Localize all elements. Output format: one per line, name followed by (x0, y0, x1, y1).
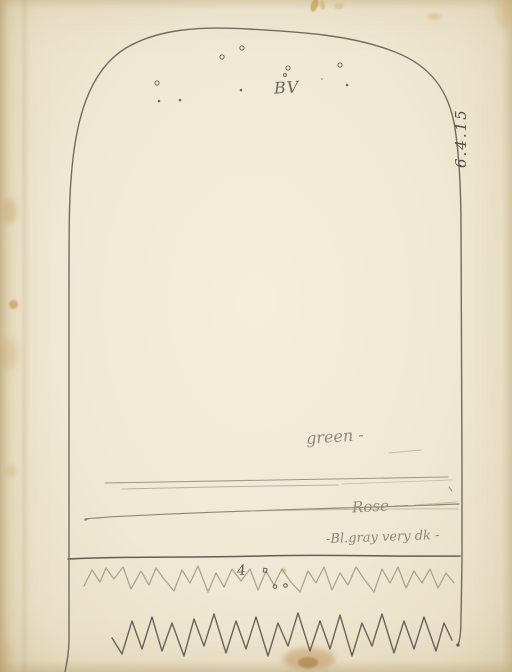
pencil-drawing (0, 0, 512, 672)
zigzag-row-1 (84, 566, 454, 592)
sketchbook-page-scan: BV 6.4.15 green - Rose — -Bl.gray very d… (0, 0, 512, 672)
green-underline (389, 450, 421, 453)
pigment-note-bv: BV (274, 77, 300, 97)
zigzag-scribbles (84, 566, 454, 656)
guide-line-upper-echo (122, 485, 338, 489)
zigzag-row-2 (84, 587, 454, 623)
date-note: 6.4.15 (452, 58, 470, 168)
arch-end-blob (456, 643, 459, 646)
color-note-green: green - (305, 425, 364, 448)
small-tick-mark (449, 487, 452, 491)
star-dots (155, 46, 348, 102)
guide-line-upper-faint (342, 480, 452, 484)
color-note-rose: Rose — (352, 496, 410, 517)
number-note-four: 4 (236, 563, 246, 580)
zigzag-row-3 (112, 613, 452, 656)
base-box-line (68, 555, 460, 559)
